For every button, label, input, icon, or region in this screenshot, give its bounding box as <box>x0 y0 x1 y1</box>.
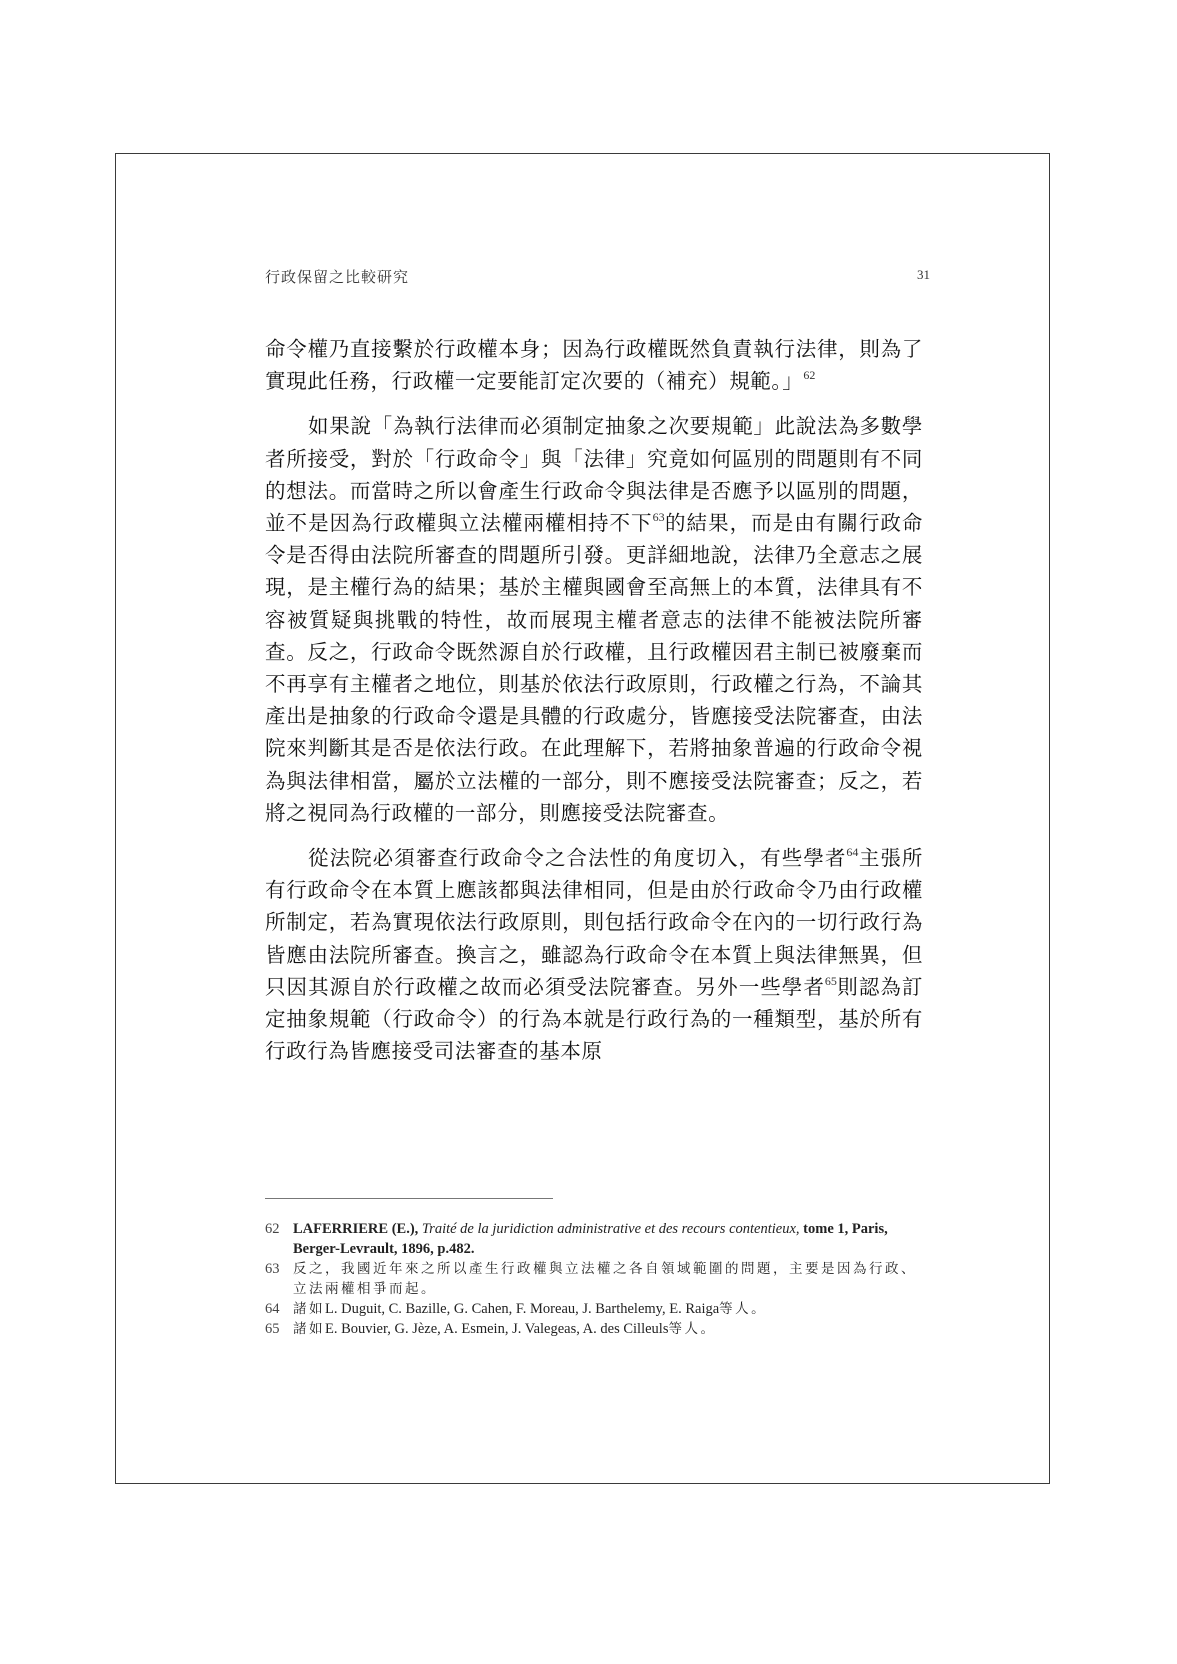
footnote-text: 反之，我國近年來之所以產生行政權與立法權之各自領域範圍的問題，主要是因為行政、立… <box>293 1261 917 1297</box>
footnote-author: LAFERRIERE (E.), <box>293 1221 422 1237</box>
running-title: 行政保留之比較研究 <box>265 266 409 287</box>
footnote-65: 65 諸如E. Bouvier, G. Jèze, A. Esmein, J. … <box>265 1319 925 1339</box>
footnote-work-title: Traité de la juridiction administrative … <box>422 1221 800 1237</box>
footnote-64: 64 諸如L. Duguit, C. Bazille, G. Cahen, F.… <box>265 1299 925 1319</box>
footnote-ref-65[interactable]: 65 <box>825 974 837 988</box>
running-header: 行政保留之比較研究 31 <box>265 266 930 288</box>
paragraph-3: 從法院必須審查行政命令之合法性的角度切入，有些學者64主張所有行政命令在本質上應… <box>265 842 923 1067</box>
footnote-62: 62 LAFERRIERE (E.), Traité de la juridic… <box>265 1219 925 1259</box>
footnote-ref-64[interactable]: 64 <box>846 845 858 859</box>
footnote-number: 65 <box>265 1319 280 1339</box>
footnote-prefix: 諸如 <box>293 1301 325 1317</box>
paragraph-text: 命令權乃直接繫於行政權本身；因為行政權既然負責執行法律，則為了實現此任務，行政權… <box>265 337 923 393</box>
footnote-ref-62[interactable]: 62 <box>803 368 815 382</box>
footnote-prefix: 諸如 <box>293 1321 325 1337</box>
footnote-ref-63[interactable]: 63 <box>653 510 665 524</box>
footnote-63: 63 反之，我國近年來之所以產生行政權與立法權之各自領域範圍的問題，主要是因為行… <box>265 1259 925 1299</box>
paragraph-1: 命令權乃直接繫於行政權本身；因為行政權既然負責執行法律，則為了實現此任務，行政權… <box>265 333 923 397</box>
body-text: 命令權乃直接繫於行政權本身；因為行政權既然負責執行法律，則為了實現此任務，行政權… <box>265 333 923 1067</box>
footnote-names: L. Duguit, C. Bazille, G. Cahen, F. More… <box>325 1301 719 1317</box>
footnote-number: 64 <box>265 1299 280 1319</box>
footnote-suffix: 等人。 <box>719 1301 767 1317</box>
footnotes: 62 LAFERRIERE (E.), Traité de la juridic… <box>265 1219 925 1339</box>
paragraph-text: 的結果，而是由有關行政命令是否得由法院所審查的問題所引發。更詳細地說，法律乃全意… <box>265 511 923 825</box>
paragraph-text: 從法院必須審查行政命令之合法性的角度切入，有些學者 <box>308 846 846 870</box>
footnote-names: E. Bouvier, G. Jèze, A. Esmein, J. Valeg… <box>325 1321 668 1337</box>
footnote-number: 63 <box>265 1259 280 1279</box>
paragraph-2: 如果說「為執行法律而必須制定抽象之次要規範」此說法為多數學者所接受，對於「行政命… <box>265 410 923 829</box>
footnote-suffix: 等人。 <box>668 1321 716 1337</box>
footnote-number: 62 <box>265 1219 280 1239</box>
footnote-separator <box>265 1198 553 1199</box>
page-number: 31 <box>917 267 930 283</box>
